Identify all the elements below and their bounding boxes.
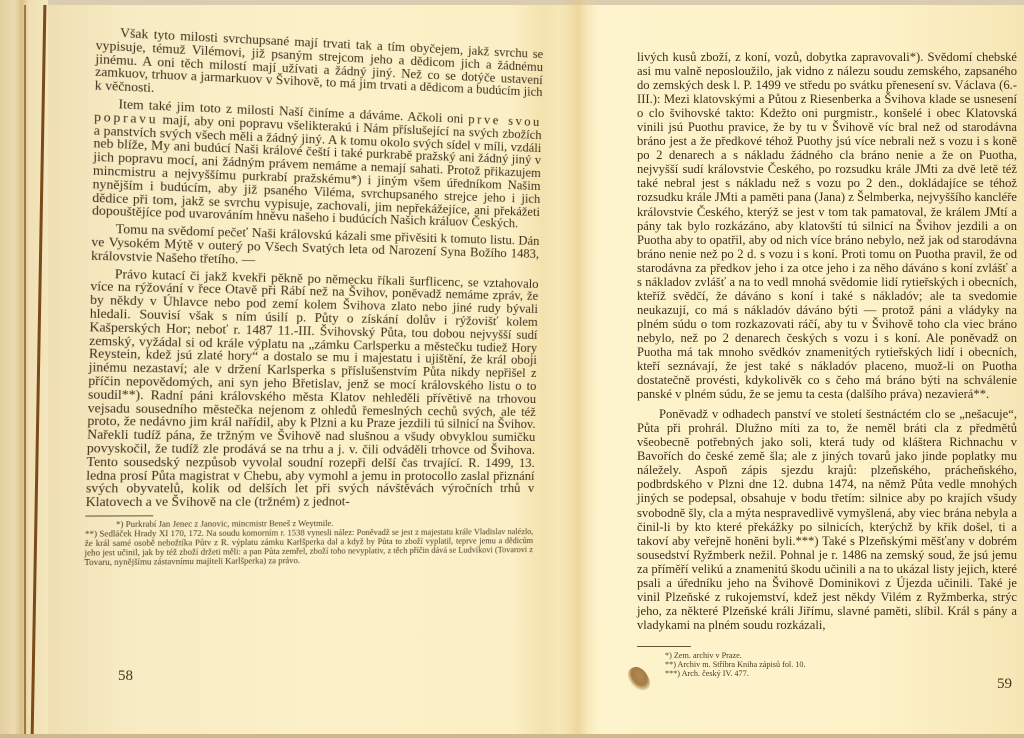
- footnotes: *) Purkrabí Jan Jenec z Janovic, mincmis…: [84, 518, 533, 567]
- center-gutter: [560, 0, 600, 738]
- footnote: **) Archiv m. Stříbra Kniha zápisů fol. …: [637, 660, 1017, 669]
- binding-line-dark: [31, 5, 47, 738]
- paragraph: livých kusů zboží, z koní, vozů, dobytka…: [637, 50, 1017, 401]
- paragraph-text: mají, aby oni popravu všelikterakú i Nám…: [92, 112, 542, 231]
- book-spread: Však tyto milosti svrchupsané mají trvat…: [0, 0, 1024, 738]
- footnote-divider: [85, 515, 153, 516]
- bottom-edge: [0, 734, 1024, 738]
- left-binding-edge: [0, 0, 48, 738]
- paragraph: Poněvadž v odhadech panství ve století š…: [637, 407, 1017, 632]
- footnote-divider: [637, 646, 691, 647]
- footnote: *) Zem. archiv v Praze.: [637, 651, 1017, 660]
- page-number-right: 59: [997, 676, 1012, 693]
- left-page: Však tyto milosti svrchupsané mají trvat…: [84, 25, 543, 567]
- right-page: livých kusů zboží, z koní, vozů, dobytka…: [637, 50, 1017, 678]
- footnotes: *) Zem. archiv v Praze. **) Archiv m. St…: [637, 651, 1017, 678]
- paragraph: Item také jim toto z milosti Naší činíme…: [92, 97, 542, 231]
- paragraph: Tomu na svědomí pečeť Naši královskú káz…: [91, 222, 540, 273]
- binding-line: [24, 5, 26, 738]
- paragraph: Právo kutací či jakž kvekři pěkně po něm…: [86, 267, 539, 509]
- footnote: ***) Arch. český IV. 477.: [637, 669, 1017, 678]
- top-edge: [0, 0, 1024, 5]
- footnote: **) Sedláček Hrady XI 170, 172. Na soudu…: [84, 527, 533, 567]
- page-number-left: 58: [118, 668, 133, 685]
